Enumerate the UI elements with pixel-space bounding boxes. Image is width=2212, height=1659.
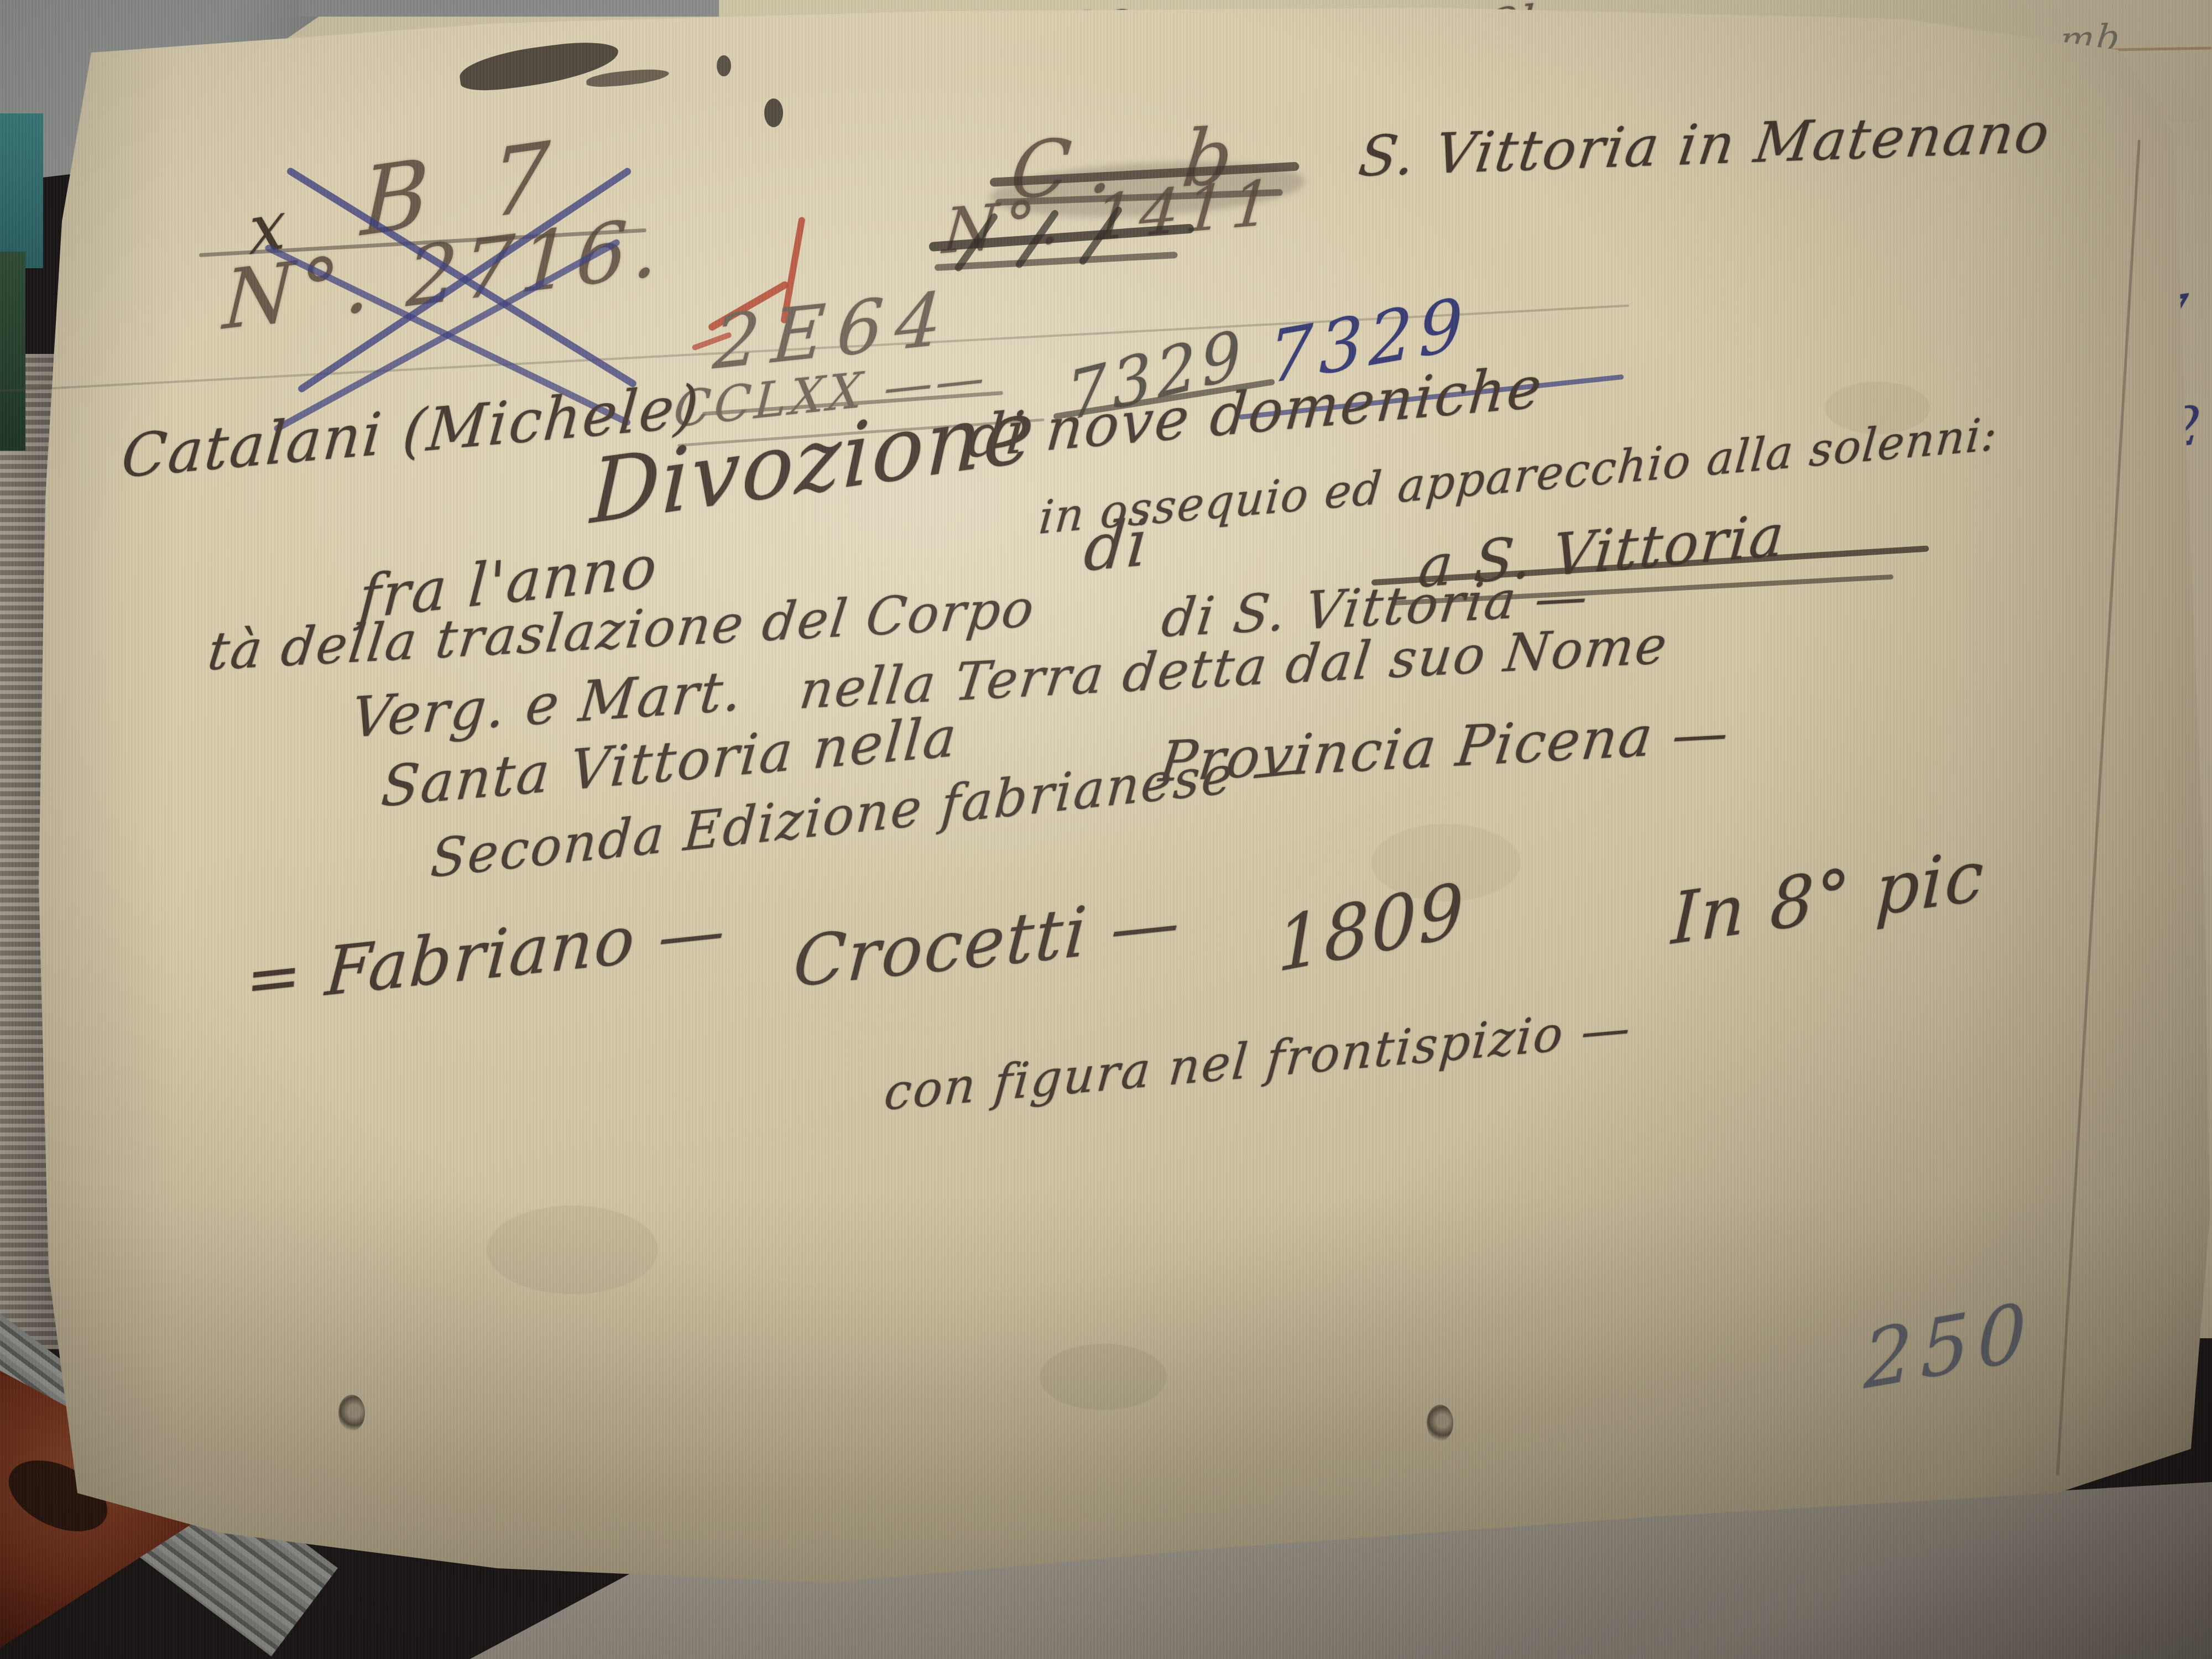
photo-of-catalog-card: 2 f 2 2b mb J 7 2 ) c x B 7 N°. 2716. <box>0 0 2212 1659</box>
table-surface-strip <box>299 0 719 17</box>
pin-hole <box>1427 1405 1453 1441</box>
ink-dot <box>764 98 783 127</box>
paper-stain <box>487 1206 658 1294</box>
title-di-glyph: di <box>1081 505 1152 586</box>
teal-folder-edge <box>0 113 43 268</box>
green-folder-edge <box>0 252 25 451</box>
pin-hole <box>338 1395 365 1431</box>
paper-stain <box>1040 1344 1167 1410</box>
ink-dot <box>717 55 731 76</box>
